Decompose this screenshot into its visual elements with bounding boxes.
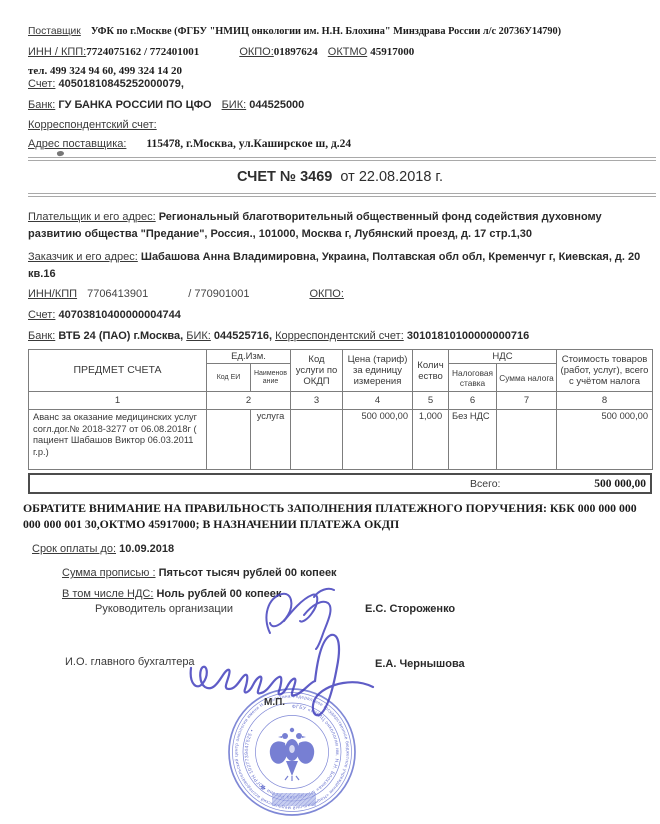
- invoice-date: от 22.08.2018 г.: [340, 169, 443, 185]
- due-date-value: 10.09.2018: [119, 543, 174, 555]
- supplier-corr-line: Корреспондентский счет:: [28, 119, 652, 132]
- amount-words-value: Пятьсот тысяч рублей 00 копеек: [159, 567, 337, 579]
- invoice-number: СЧЕТ № 3469: [237, 169, 332, 185]
- supplier-inn-value: 7724075162 / 772401001: [86, 46, 199, 58]
- col-price-header: Цена (тариф) за единицу измерения: [343, 350, 413, 392]
- customer-label: Заказчик и его адрес:: [28, 251, 138, 263]
- payer-bank-label: Банк:: [28, 330, 55, 342]
- supplier-inn-label: ИНН / КПП:: [28, 46, 86, 58]
- customer-line: Заказчик и его адрес: Шабашова Анна Влад…: [28, 249, 652, 282]
- supplier-address-label: Адрес поставщика:: [28, 138, 126, 150]
- item-okdp: [291, 410, 343, 470]
- payer-bik-label: БИК:: [186, 330, 211, 342]
- stamp-code-band: [272, 793, 316, 806]
- payer-line: Плательщик и его адрес: Региональный бла…: [28, 209, 652, 242]
- accountant-signature-label: И.О. главного бухгалтера: [65, 656, 195, 668]
- round-stamp: Федеральное государственное бюджетное уч…: [227, 687, 357, 817]
- supplier-account-value: 40501810845252000079,: [58, 78, 183, 90]
- item-total: 500 000,00: [557, 410, 653, 470]
- payer-inn-line: ИНН/КПП7706413901/ 770901001ОКПО:: [28, 288, 652, 301]
- supplier-phone: тел. 499 324 94 60, 499 324 14 20: [28, 65, 182, 77]
- stamp-place-label: М.П.: [264, 697, 285, 708]
- payer-inn-label: ИНН/КПП: [28, 288, 77, 300]
- supplier-okpo-label: ОКПО:: [239, 46, 273, 58]
- svg-text:ФГБУ «НМИЦ онкологии им. Н.Н.: ФГБУ «НМИЦ онкологии им. Н.Н. Блохина» М…: [244, 704, 340, 800]
- col-num-5: 5: [413, 392, 449, 410]
- head-signature-name: Е.С. Стороженко: [365, 603, 455, 615]
- amount-words-label: Сумма прописью :: [62, 567, 156, 579]
- item-qty: 1,000: [413, 410, 449, 470]
- supplier-bik-label: БИК:: [222, 99, 247, 111]
- stamp-inner-ring-text: ФГБУ «НМИЦ онкологии им. Н.Н. Блохина» М…: [244, 704, 340, 800]
- supplier-bank-value: ГУ БАНКА РОССИИ ПО ЦФО: [58, 99, 211, 111]
- supplier-bank-line: Банк: ГУ БАНКА РОССИИ ПО ЦФОБИК: 0445250…: [28, 99, 652, 112]
- svg-text:Федеральное государственное бю: Федеральное государственное бюджетное уч…: [233, 693, 351, 811]
- col-num-8: 8: [557, 392, 653, 410]
- accountant-signature-name: Е.А. Чернышова: [375, 658, 465, 670]
- supplier-line: ПоставщикУФК по г.Москве (ФГБУ "НМИЦ онк…: [28, 25, 652, 38]
- col-unit-code-header: Код ЕИ: [207, 364, 251, 392]
- total-row: Всего: 500 000,00: [28, 473, 652, 494]
- item-vat-sum: [497, 410, 557, 470]
- due-date-line: Срок оплаты до: 10.09.2018: [32, 543, 652, 556]
- supplier-account-label: Счет:: [28, 78, 55, 90]
- vat-words-value: Ноль рублей 00 копеек: [156, 588, 281, 600]
- supplier-okpo-value: 01897624: [274, 46, 318, 58]
- payer-corr-label: Корреспондентский счет:: [275, 330, 404, 342]
- item-unit-code: [207, 410, 251, 470]
- payer-corr-value: 30101810100000000716: [407, 330, 529, 342]
- col-num-6: 6: [449, 392, 497, 410]
- supplier-name: УФК по г.Москве (ФГБУ "НМИЦ онкологии им…: [91, 26, 561, 37]
- vat-words-label: В том числе НДС:: [62, 588, 153, 600]
- col-okdp-header: Код услуги по ОКДП: [291, 350, 343, 392]
- supplier-inn-line: ИНН / КПП:7724075162 / 772401001ОКПО:018…: [28, 46, 652, 59]
- col-vat-sum-header: Сумма налога: [497, 364, 557, 392]
- col-num-7: 7: [497, 392, 557, 410]
- stamp-outer-ring-text: Федеральное государственное бюджетное уч…: [233, 693, 351, 811]
- supplier-oktmo-value: 45917000: [370, 46, 414, 58]
- payer-bik-value: 044525716,: [214, 330, 272, 342]
- supplier-corr-label: Корреспондентский счет:: [28, 119, 157, 131]
- supplier-account-line: Счет: 40501810845252000079,: [28, 78, 652, 91]
- payer-bank-value: ВТБ 24 (ПАО) г.Москва,: [58, 330, 183, 342]
- payer-label: Плательщик и его адрес:: [28, 211, 156, 223]
- items-table: ПРЕДМЕТ СЧЕТА Ед.Изм. Код услуги по ОКДП…: [28, 349, 653, 470]
- vat-words-line: В том числе НДС: Ноль рублей 00 копеек: [62, 588, 652, 601]
- supplier-bik-value: 044525000: [249, 99, 304, 111]
- accountant-signature: [183, 628, 388, 723]
- col-num-2: 2: [207, 392, 291, 410]
- col-subject-header: ПРЕДМЕТ СЧЕТА: [29, 350, 207, 392]
- eagle-emblem: [270, 728, 314, 781]
- supplier-label: Поставщик: [28, 26, 81, 37]
- payer-account-label: Счет:: [28, 309, 55, 321]
- payment-warning: ОБРАТИТЕ ВНИМАНИЕ НА ПРАВИЛЬНОСТЬ ЗАПОЛН…: [23, 501, 652, 532]
- col-num-1: 1: [29, 392, 207, 410]
- col-num-4: 4: [343, 392, 413, 410]
- col-num-3: 3: [291, 392, 343, 410]
- supplier-address-line: Адрес поставщика:115478, г.Москва, ул.Ка…: [28, 138, 652, 151]
- supplier-bank-label: Банк:: [28, 99, 55, 111]
- column-number-row: 1 2 3 4 5 6 7 8: [29, 392, 653, 410]
- payer-account-value: 40703810400000004744: [58, 309, 180, 321]
- payer-bank-line: Банк: ВТБ 24 (ПАО) г.Москва, БИК: 044525…: [28, 330, 652, 343]
- divider-top: [28, 157, 656, 161]
- invoice-document: ПоставщикУФК по г.Москве (ФГБУ "НМИЦ онк…: [0, 0, 660, 601]
- total-label: Всего:: [470, 478, 500, 490]
- payer-kpp-value: / 770901001: [188, 288, 249, 300]
- stamp-asterisk: ✱: [260, 784, 266, 792]
- col-unit-group-header: Ед.Изм.: [207, 350, 291, 364]
- col-total-header: Стоимость товаров (работ, услуг), всего …: [557, 350, 653, 392]
- supplier-phone-line: тел. 499 324 94 60, 499 324 14 20: [28, 65, 652, 78]
- total-amount: 500 000,00: [594, 478, 650, 490]
- supplier-oktmo-label: ОКТМО: [328, 46, 367, 58]
- col-unit-name-header: Наименование: [251, 364, 291, 392]
- item-price: 500 000,00: [343, 410, 413, 470]
- supplier-address-value: 115478, г.Москва, ул.Каширское ш, д.24: [146, 138, 351, 150]
- payer-inn-value: 7706413901: [87, 288, 148, 300]
- item-vat-rate: Без НДС: [449, 410, 497, 470]
- col-vat-group-header: НДС: [449, 350, 557, 364]
- amount-words-line: Сумма прописью : Пятьсот тысяч рублей 00…: [62, 567, 652, 580]
- table-row: Аванс за оказание медицинских услуг согл…: [29, 410, 653, 470]
- payer-okpo-label: ОКПО:: [309, 288, 343, 300]
- invoice-title: СЧЕТ № 3469 от 22.08.2018 г.: [28, 168, 652, 186]
- item-subject: Аванс за оказание медицинских услуг согл…: [29, 410, 207, 470]
- col-vat-rate-header: Налоговая ставка: [449, 364, 497, 392]
- head-signature-label: Руководитель организации: [95, 603, 233, 615]
- col-qty-header: Количество: [413, 350, 449, 392]
- divider-title-bottom: [28, 193, 656, 197]
- payer-account-line: Счет: 40703810400000004744: [28, 309, 652, 322]
- item-unit-name: услуга: [251, 410, 291, 470]
- due-date-label: Срок оплаты до:: [32, 543, 116, 555]
